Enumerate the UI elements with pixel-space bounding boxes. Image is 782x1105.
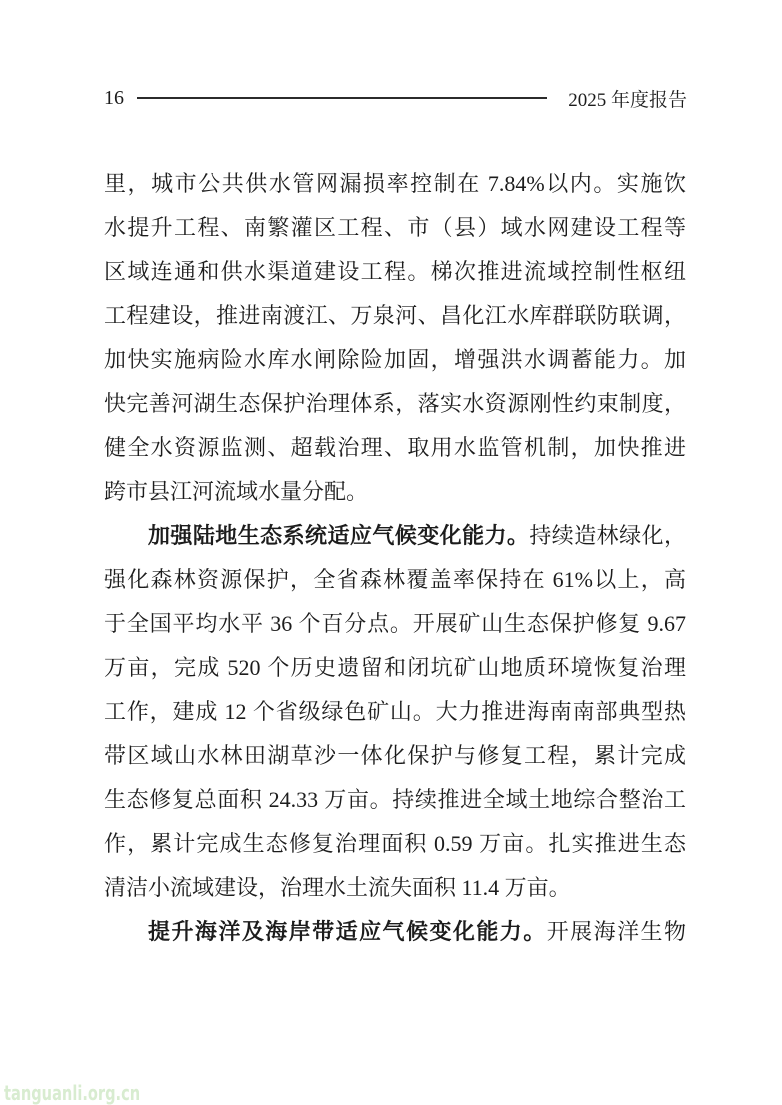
text-line-17: 清洁小流域建设，治理水土流失面积 11.4 万亩。 [104, 866, 686, 910]
text-segment: 快完善河湖生态保护治理体系，落实水资源刚性约束制度， [104, 391, 686, 416]
text-line-12: 万亩，完成 520 个历史遗留和闭坑矿山地质环境恢复治理 [104, 646, 686, 690]
text-line-14: 带区域山水林田湖草沙一体化保护与修复工程，累计完成 [104, 734, 686, 778]
text-segment: 强化森林资源保护，全省森林覆盖率保持在 61%以上，高 [104, 567, 686, 592]
text-line-15: 生态修复总面积 24.33 万亩。持续推进全域土地综合整治工 [104, 778, 686, 822]
document-page: { "header": { "page_number": "16", "repo… [0, 0, 782, 1105]
paragraph-lead-bold: 加强陆地生态系统适应气候变化能力。 [148, 523, 529, 548]
text-line-9: 加强陆地生态系统适应气候变化能力。持续造林绿化， [104, 514, 686, 558]
text-segment: 跨市县江河流域水量分配。 [104, 479, 368, 504]
text-segment: 带区域山水林田湖草沙一体化保护与修复工程，累计完成 [104, 743, 686, 768]
text-segment: 于全国平均水平 36 个百分点。开展矿山生态保护修复 9.67 [104, 611, 686, 636]
page-number: 16 [104, 87, 137, 110]
text-line-16: 作，累计完成生态修复治理面积 0.59 万亩。扎实推进生态 [104, 822, 686, 866]
text-segment: 工程建设，推进南渡江、万泉河、昌化江水库群联防联调， [104, 303, 686, 328]
header-rule [137, 97, 547, 99]
paragraph-lead-bold: 提升海洋及海岸带适应气候变化能力。 [148, 919, 547, 944]
text-line-11: 于全国平均水平 36 个百分点。开展矿山生态保护修复 9.67 [104, 602, 686, 646]
text-segment: 生态修复总面积 24.33 万亩。持续推进全域土地综合整治工 [104, 787, 686, 812]
text-segment: 工作，建成 12 个省级绿色矿山。大力推进海南南部典型热 [104, 699, 686, 724]
text-segment: 健全水资源监测、超载治理、取用水监管机制，加快推进 [104, 435, 686, 460]
text-segment: 水提升工程、南繁灌区工程、市（县）域水网建设工程等 [104, 215, 686, 240]
text-line-3: 区域连通和供水渠道建设工程。梯次推进流域控制性枢纽 [104, 250, 686, 294]
text-segment: 加快实施病险水库水闸除险加固，增强洪水调蓄能力。加 [104, 347, 686, 372]
text-line-4: 工程建设，推进南渡江、万泉河、昌化江水库群联防联调， [104, 294, 686, 338]
text-line-7: 健全水资源监测、超载治理、取用水监管机制，加快推进 [104, 426, 686, 470]
text-line-13: 工作，建成 12 个省级绿色矿山。大力推进海南南部典型热 [104, 690, 686, 734]
report-title: 2025 年度报告 [547, 85, 687, 112]
text-segment: 清洁小流域建设，治理水土流失面积 11.4 万亩。 [104, 875, 571, 900]
document-body: 里，城市公共供水管网漏损率控制在 7.84%以内。实施饮水提升工程、南繁灌区工程… [104, 162, 686, 954]
page-header: 16 2025 年度报告 [104, 85, 687, 111]
text-segment: 万亩，完成 520 个历史遗留和闭坑矿山地质环境恢复治理 [104, 655, 686, 680]
watermark: tanguanli.org.cn [4, 1082, 140, 1104]
text-line-1: 里，城市公共供水管网漏损率控制在 7.84%以内。实施饮 [104, 162, 686, 206]
text-segment: 开展海洋生物 [547, 919, 686, 944]
text-segment: 里，城市公共供水管网漏损率控制在 7.84%以内。实施饮 [104, 171, 686, 196]
text-line-5: 加快实施病险水库水闸除险加固，增强洪水调蓄能力。加 [104, 338, 686, 382]
text-segment: 持续造林绿化， [529, 523, 686, 548]
text-line-6: 快完善河湖生态保护治理体系，落实水资源刚性约束制度， [104, 382, 686, 426]
text-segment: 作，累计完成生态修复治理面积 0.59 万亩。扎实推进生态 [104, 831, 686, 856]
text-line-8: 跨市县江河流域水量分配。 [104, 470, 686, 514]
text-line-2: 水提升工程、南繁灌区工程、市（县）域水网建设工程等 [104, 206, 686, 250]
text-segment: 区域连通和供水渠道建设工程。梯次推进流域控制性枢纽 [104, 259, 686, 284]
text-line-10: 强化森林资源保护，全省森林覆盖率保持在 61%以上，高 [104, 558, 686, 602]
text-line-18: 提升海洋及海岸带适应气候变化能力。开展海洋生物 [104, 910, 686, 954]
